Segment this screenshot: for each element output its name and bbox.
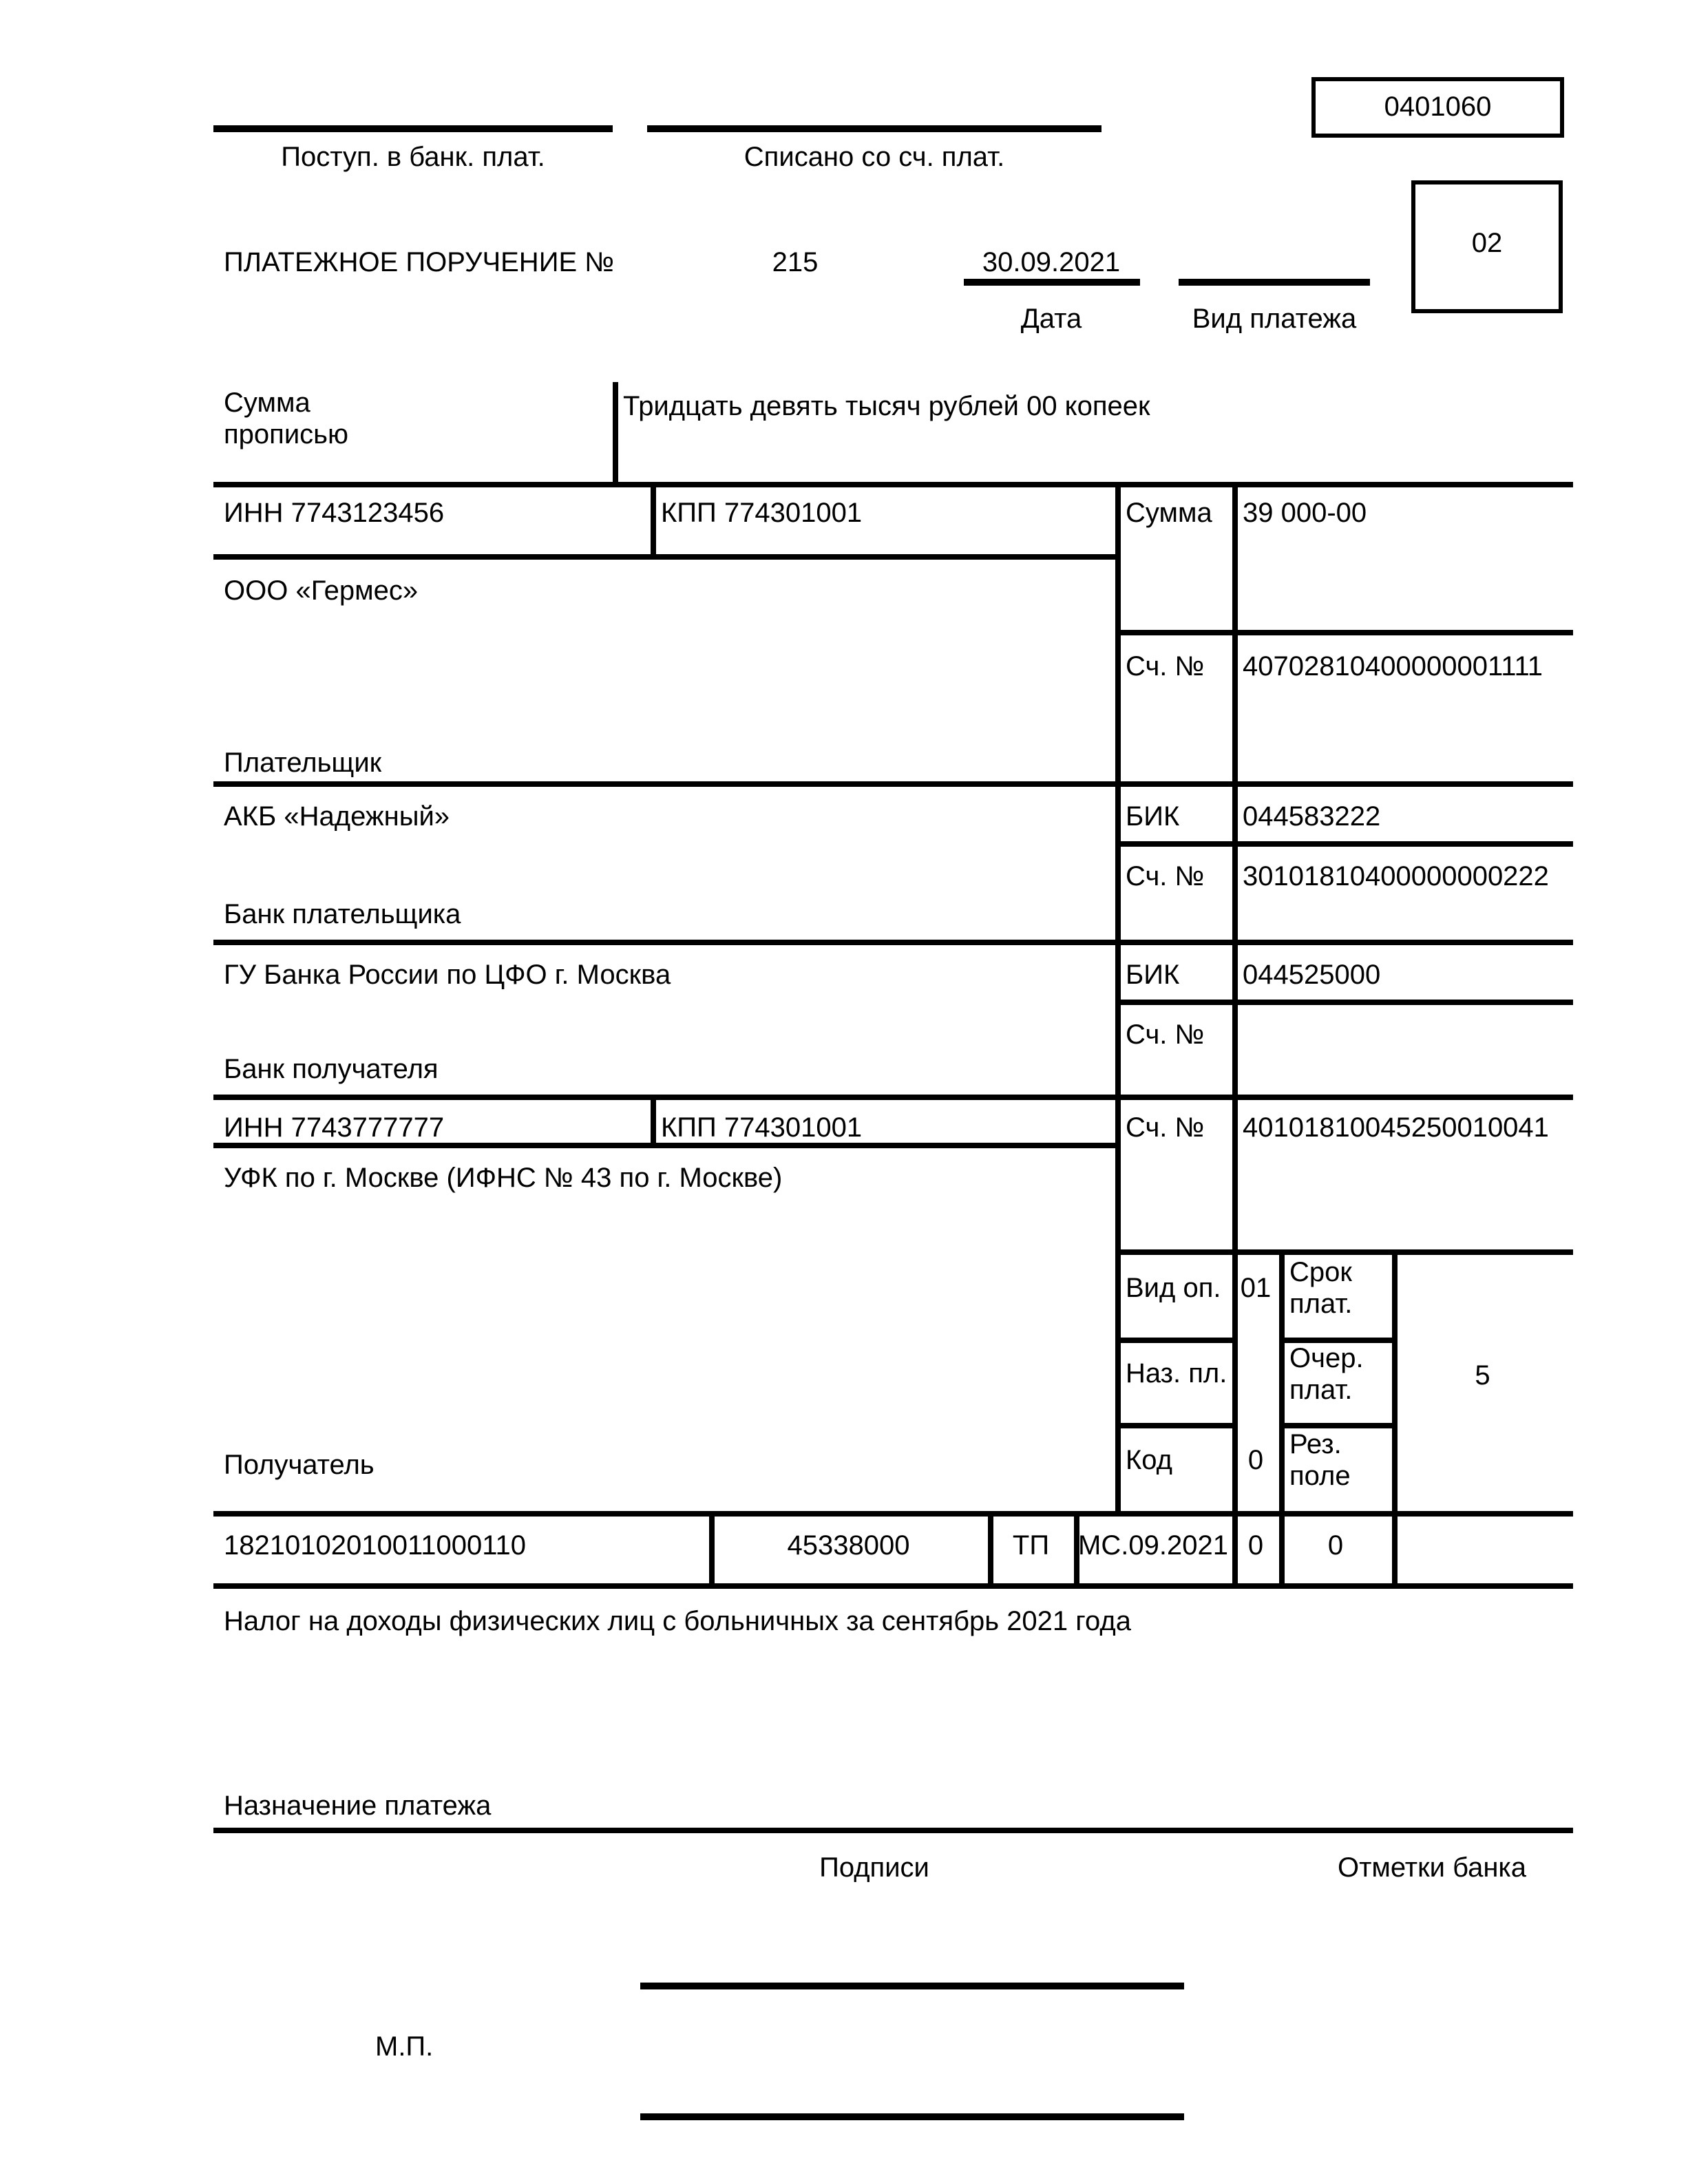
- kbk-value: 18210102010011000110: [224, 1530, 526, 1561]
- stamp-label: М.П.: [375, 2031, 433, 2062]
- payer-inn: ИНН 7743123456: [224, 497, 444, 529]
- line-under-beneficiary-bank: [213, 1095, 1573, 1100]
- payer-bank-bik: 044583222: [1243, 801, 1380, 832]
- line-under-payer-bank-bik: [1115, 841, 1573, 847]
- signature-rule-1: [640, 1983, 1184, 1989]
- label-column-right-line: [1232, 482, 1238, 1517]
- table-line-top: [213, 482, 1573, 487]
- date-reserve-divider: [1392, 1511, 1398, 1589]
- beneficiary-account-label: Сч. №: [1126, 1112, 1204, 1143]
- payer-bank-account-label: Сч. №: [1126, 860, 1204, 892]
- pay-order-value: 5: [1392, 1360, 1573, 1391]
- form-code: 0401060: [1316, 91, 1560, 123]
- beneficiary-bank-bik: 044525000: [1243, 959, 1380, 991]
- line-under-purpose: [213, 1828, 1573, 1833]
- op-value-column-right-line: [1279, 1249, 1285, 1517]
- payer-account: 40702810400000001111: [1243, 651, 1543, 682]
- op-kind-label: Вид оп.: [1126, 1272, 1221, 1304]
- pay-order-label: Очер. плат.: [1289, 1342, 1389, 1406]
- payer-bank-account: 30101810400000000222: [1243, 860, 1549, 892]
- payer-account-label: Сч. №: [1126, 651, 1204, 682]
- debited-from-account-label: Списано со сч. плат.: [702, 141, 1046, 173]
- debited-from-account-rule: [647, 125, 1101, 132]
- code-label: Код: [1126, 1444, 1172, 1476]
- tax-doc-number-value: 0: [1232, 1530, 1279, 1561]
- payment-kind-code: 02: [1415, 227, 1559, 259]
- payer-bank-label: Банк плательщика: [224, 898, 461, 930]
- line-under-beneficiary-bank-bik: [1115, 1000, 1573, 1005]
- tax-period-value: МС.09.2021: [1074, 1530, 1232, 1561]
- date-rule: [964, 279, 1140, 286]
- payer-label: Плательщик: [224, 747, 381, 779]
- line-under-pay-purpose-label: [1115, 1423, 1232, 1428]
- date-label: Дата: [962, 303, 1141, 335]
- beneficiary-label: Получатель: [224, 1449, 375, 1481]
- payer-inn-kpp-divider: [651, 482, 656, 560]
- payment-kind-code-box: 02: [1411, 180, 1563, 313]
- op-kind-value: 01: [1232, 1272, 1279, 1304]
- pay-term-label: Срок плат.: [1289, 1256, 1389, 1320]
- form-code-box: 0401060: [1311, 77, 1564, 138]
- amount-words-divider: [613, 382, 618, 482]
- amount-label: Сумма: [1126, 497, 1212, 529]
- signatures-label: Подписи: [737, 1852, 1012, 1883]
- beneficiary-bank-name: ГУ Банка России по ЦФО г. Москва: [224, 959, 671, 991]
- line-under-payer-inn: [213, 554, 1115, 560]
- beneficiary-inn: ИНН 7743777777: [224, 1112, 444, 1143]
- beneficiary-bank-label: Банк получателя: [224, 1053, 439, 1085]
- payer-bank-bik-label: БИК: [1126, 801, 1179, 832]
- beneficiary-kpp: КПП 774301001: [661, 1112, 862, 1143]
- line-under-op-kind-label: [1115, 1338, 1232, 1343]
- line-under-beneficiary-inn: [213, 1143, 1115, 1148]
- payment-kind-label: Вид платежа: [1179, 303, 1370, 335]
- received-in-bank-rule: [213, 125, 613, 132]
- amount-value: 39 000-00: [1243, 497, 1367, 529]
- beneficiary-name: УФК по г. Москве (ИФНС № 43 по г. Москве…: [224, 1162, 782, 1194]
- signature-rule-2: [640, 2113, 1184, 2120]
- purpose-text: Налог на доходы физических лиц с больнич…: [224, 1605, 1532, 1637]
- payment-basis-value: ТП: [988, 1530, 1074, 1561]
- line-under-payer: [213, 781, 1573, 787]
- beneficiary-bank-bik-label: БИК: [1126, 959, 1179, 991]
- received-in-bank-label: Поступ. в банк. плат.: [268, 141, 558, 173]
- bank-marks-label: Отметки банка: [1294, 1852, 1570, 1883]
- purpose-label: Назначение платежа: [224, 1790, 491, 1821]
- label-column-left-line: [1115, 482, 1121, 1517]
- amount-in-words-label: Сумма прописью: [224, 387, 595, 450]
- line-under-beneficiary-account: [1115, 1249, 1573, 1255]
- pay-purpose-label: Наз. пл.: [1126, 1358, 1227, 1389]
- oktmo-value: 45338000: [709, 1530, 988, 1561]
- reserve-field-label: Рез. поле: [1289, 1428, 1389, 1492]
- line-under-pay-order-label: [1279, 1423, 1392, 1428]
- document-title: ПЛАТЕЖНОЕ ПОРУЧЕНИЕ №: [224, 246, 614, 278]
- beneficiary-account: 40101810045250010041: [1243, 1112, 1549, 1143]
- payment-order-form: Поступ. в банк. плат. Списано со сч. пла…: [0, 0, 1708, 2176]
- payment-kind-rule: [1179, 279, 1370, 286]
- payer-kpp: КПП 774301001: [661, 497, 862, 529]
- document-date: 30.09.2021: [962, 246, 1141, 278]
- payer-bank-name: АКБ «Надежный»: [224, 801, 450, 832]
- amount-in-words: Тридцать девять тысяч рублей 00 копеек: [623, 390, 1559, 422]
- line-under-sum: [1115, 630, 1573, 635]
- payer-name: ООО «Гермес»: [224, 575, 418, 606]
- line-under-beneficiary: [213, 1511, 1573, 1517]
- line-under-tax-fields: [213, 1583, 1573, 1589]
- document-number: 215: [709, 246, 881, 278]
- code-value: 0: [1232, 1444, 1279, 1476]
- line-under-payer-bank: [213, 940, 1573, 945]
- tax-doc-date-value: 0: [1279, 1530, 1392, 1561]
- beneficiary-inn-kpp-divider: [651, 1095, 656, 1148]
- beneficiary-bank-account-label: Сч. №: [1126, 1019, 1204, 1050]
